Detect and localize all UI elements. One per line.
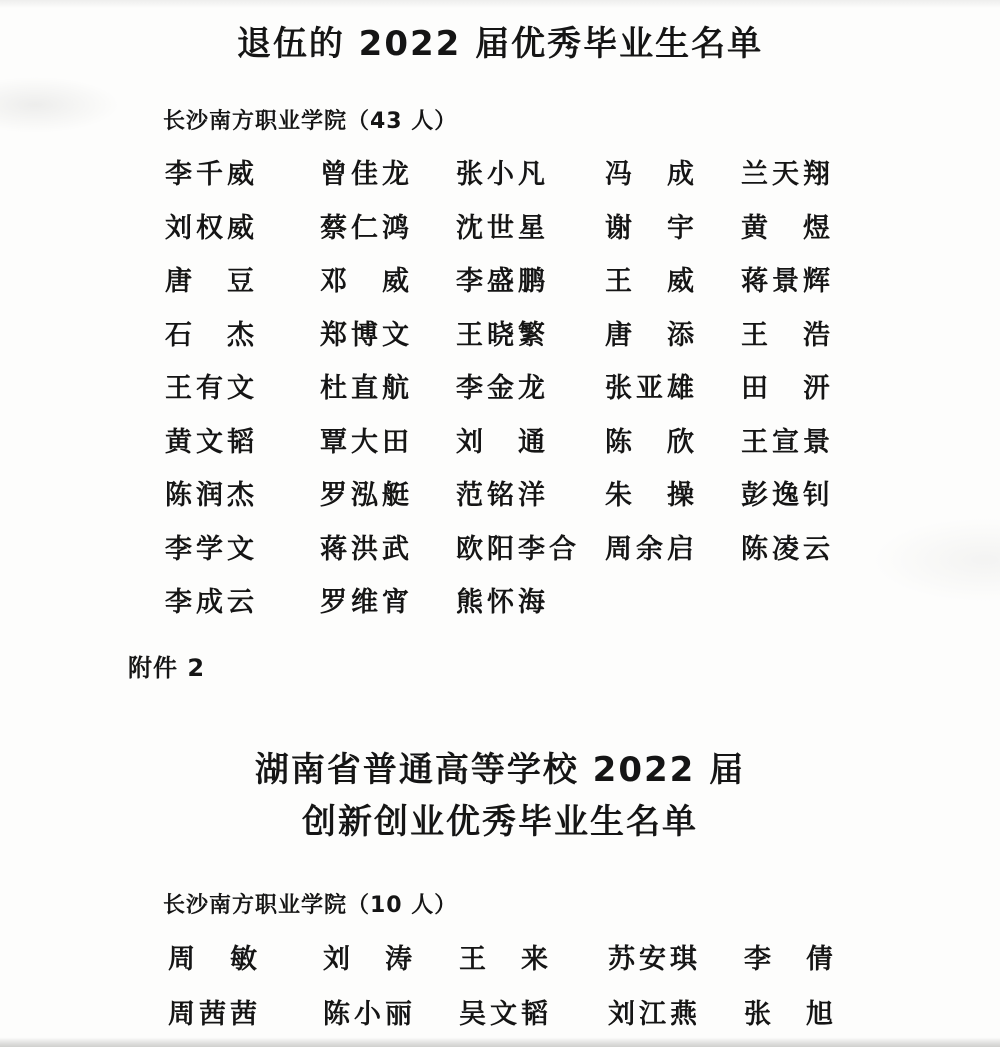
name-row: 周 敏 刘 涛 王 来 苏安琪 李 倩 [168, 932, 928, 987]
graduate-name: 彭逸钊 [741, 469, 834, 523]
section1-name-grid: 李千威 曾佳龙 张小凡 冯 成 兰天翔 刘权威 蔡仁鸿 沈世星 谢 宇 黄 煜 … [165, 148, 925, 630]
graduate-name: 刘权威 [165, 202, 258, 256]
graduate-name: 刘 通 [456, 416, 549, 470]
graduate-name: 李成云 [165, 576, 258, 630]
name-row: 刘权威 蔡仁鸿 沈世星 谢 宇 黄 煜 [165, 202, 925, 256]
graduate-name: 苏安琪 [608, 932, 701, 987]
graduate-name: 刘 涛 [323, 932, 416, 987]
graduate-name: 李千威 [165, 148, 258, 202]
graduate-name: 曾佳龙 [320, 148, 413, 202]
graduate-name: 朱 操 [605, 469, 698, 523]
graduate-name: 蒋景辉 [741, 255, 834, 309]
graduate-name: 范铭洋 [456, 469, 549, 523]
name-row: 李成云 罗维宵 熊怀海 [165, 576, 925, 630]
graduate-name: 沈世星 [456, 202, 549, 256]
graduate-name: 黄文韬 [165, 416, 258, 470]
graduate-name: 杜直航 [320, 362, 413, 416]
graduate-name: 王 威 [605, 255, 698, 309]
graduate-name: 张小凡 [456, 148, 549, 202]
scan-artifact-bottom [0, 1038, 1000, 1047]
graduate-name: 王 浩 [741, 309, 834, 363]
section2-school-heading: 长沙南方职业学院（10 人） [163, 888, 457, 919]
graduate-name: 吴文韬 [459, 987, 552, 1042]
name-row: 周茜茜 陈小丽 吴文韬 刘江燕 张 旭 [168, 987, 928, 1042]
graduate-name: 兰天翔 [741, 148, 834, 202]
graduate-name: 李学文 [165, 523, 258, 577]
graduate-name: 王 来 [459, 932, 552, 987]
graduate-name: 郑博文 [320, 309, 413, 363]
document-page: 退伍的 2022 届优秀毕业生名单 长沙南方职业学院（43 人） 李千威 曾佳龙… [0, 0, 1000, 1047]
graduate-name: 田 汧 [741, 362, 834, 416]
graduate-name: 罗泓艇 [320, 469, 413, 523]
graduate-name: 陈凌云 [741, 523, 834, 577]
graduate-name: 唐 豆 [165, 255, 258, 309]
graduate-name: 覃大田 [320, 416, 413, 470]
graduate-name: 冯 成 [605, 148, 698, 202]
graduate-name: 张亚雄 [605, 362, 698, 416]
graduate-name: 周余启 [605, 523, 698, 577]
graduate-name: 谢 宇 [605, 202, 698, 256]
section1-title: 退伍的 2022 届优秀毕业生名单 [0, 16, 1000, 65]
graduate-name: 唐 添 [605, 309, 698, 363]
graduate-name: 欧阳李合 [456, 523, 580, 577]
graduate-name: 王宣景 [741, 416, 834, 470]
name-row: 陈润杰 罗泓艇 范铭洋 朱 操 彭逸钊 [165, 469, 925, 523]
section2-name-grid: 周 敏 刘 涛 王 来 苏安琪 李 倩 周茜茜 陈小丽 吴文韬 刘江燕 张 旭 [168, 932, 928, 1042]
graduate-name: 王有文 [165, 362, 258, 416]
graduate-name: 蔡仁鸿 [320, 202, 413, 256]
section2-title-line2: 创新创业优秀毕业生名单 [0, 794, 1000, 843]
section2-title-line1: 湖南省普通高等学校 2022 届 [0, 742, 1000, 791]
graduate-name: 周茜茜 [168, 987, 261, 1042]
graduate-name: 王晓繁 [456, 309, 549, 363]
graduate-name: 陈润杰 [165, 469, 258, 523]
graduate-name: 张 旭 [744, 987, 837, 1042]
graduate-name: 李金龙 [456, 362, 549, 416]
name-row: 唐 豆 邓 威 李盛鹏 王 威 蒋景辉 [165, 255, 925, 309]
name-row: 李千威 曾佳龙 张小凡 冯 成 兰天翔 [165, 148, 925, 202]
section1-school-heading: 长沙南方职业学院（43 人） [163, 104, 457, 135]
attachment-label: 附件 2 [128, 648, 205, 683]
graduate-name: 李 倩 [744, 932, 837, 987]
name-row: 石 杰 郑博文 王晓繁 唐 添 王 浩 [165, 309, 925, 363]
graduate-name: 邓 威 [320, 255, 413, 309]
graduate-name: 石 杰 [165, 309, 258, 363]
name-row: 王有文 杜直航 李金龙 张亚雄 田 汧 [165, 362, 925, 416]
graduate-name: 罗维宵 [320, 576, 413, 630]
name-row: 黄文韬 覃大田 刘 通 陈 欣 王宣景 [165, 416, 925, 470]
graduate-name: 陈 欣 [605, 416, 698, 470]
graduate-name: 刘江燕 [608, 987, 701, 1042]
graduate-name: 周 敏 [168, 932, 261, 987]
graduate-name: 陈小丽 [323, 987, 416, 1042]
graduate-name: 李盛鹏 [456, 255, 549, 309]
graduate-name: 蒋洪武 [320, 523, 413, 577]
name-row: 李学文 蒋洪武 欧阳李合 周余启 陈凌云 [165, 523, 925, 577]
graduate-name: 熊怀海 [456, 576, 549, 630]
graduate-name: 黄 煜 [741, 202, 834, 256]
